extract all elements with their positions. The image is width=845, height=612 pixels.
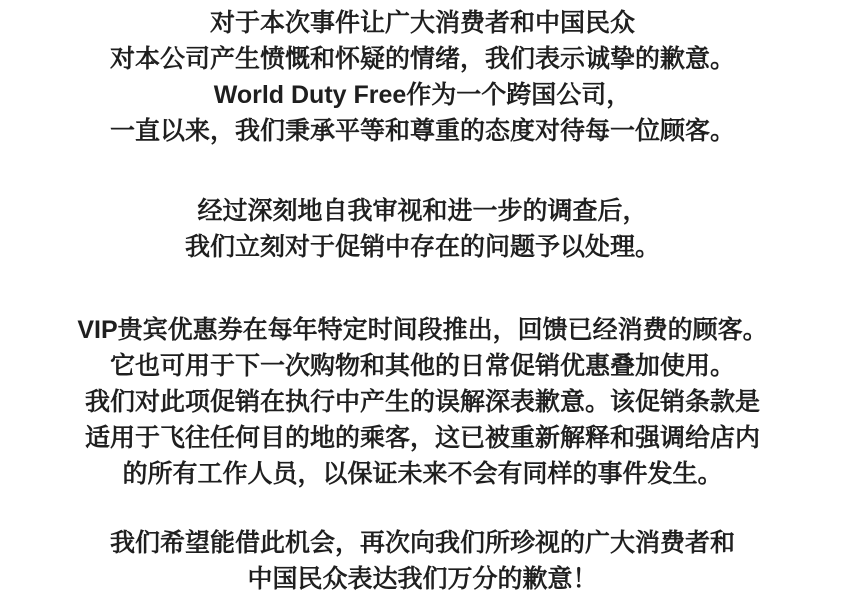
paragraph-vip-coupon: VIP贵宾优惠券在每年特定时间段推出，回馈已经消费的顾客。 它也可用于下一次购物… [0,312,845,492]
text-line: VIP贵宾优惠券在每年特定时间段推出，回馈已经消费的顾客。 [0,312,845,348]
apology-letter: 对于本次事件让广大消费者和中国民众 对本公司产生愤慨和怀疑的情绪，我们表示诚挚的… [0,0,845,612]
text-line: 的所有工作人员，以保证未来不会有同样的事件发生。 [0,456,845,492]
text-line: 我们希望能借此机会，再次向我们所珍视的广大消费者和 [0,525,845,561]
text-line: 它也可用于下一次购物和其他的日常促销优惠叠加使用。 [0,348,845,384]
paragraph-investigation: 经过深刻地自我审视和进一步的调查后， 我们立刻对于促销中存在的问题予以处理。 [0,193,845,265]
paragraph-closing: 我们希望能借此机会，再次向我们所珍视的广大消费者和 中国民众表达我们万分的歉意！ [0,525,845,597]
text-line: 我们立刻对于促销中存在的问题予以处理。 [0,229,845,265]
text-line: 我们对此项促销在执行中产生的误解深表歉意。该促销条款是 [0,384,845,420]
text-line: 适用于飞往任何目的地的乘客，这已被重新解释和强调给店内 [0,420,845,456]
text-line: 对于本次事件让广大消费者和中国民众 [0,5,845,41]
text-line: 中国民众表达我们万分的歉意！ [0,561,845,597]
paragraph-intro: 对于本次事件让广大消费者和中国民众 对本公司产生愤慨和怀疑的情绪，我们表示诚挚的… [0,5,845,149]
text-line: 一直以来，我们秉承平等和尊重的态度对待每一位顾客。 [0,113,845,149]
text-line: 对本公司产生愤慨和怀疑的情绪，我们表示诚挚的歉意。 [0,41,845,77]
text-line: 经过深刻地自我审视和进一步的调查后， [0,193,845,229]
text-line: World Duty Free作为一个跨国公司， [0,77,845,113]
